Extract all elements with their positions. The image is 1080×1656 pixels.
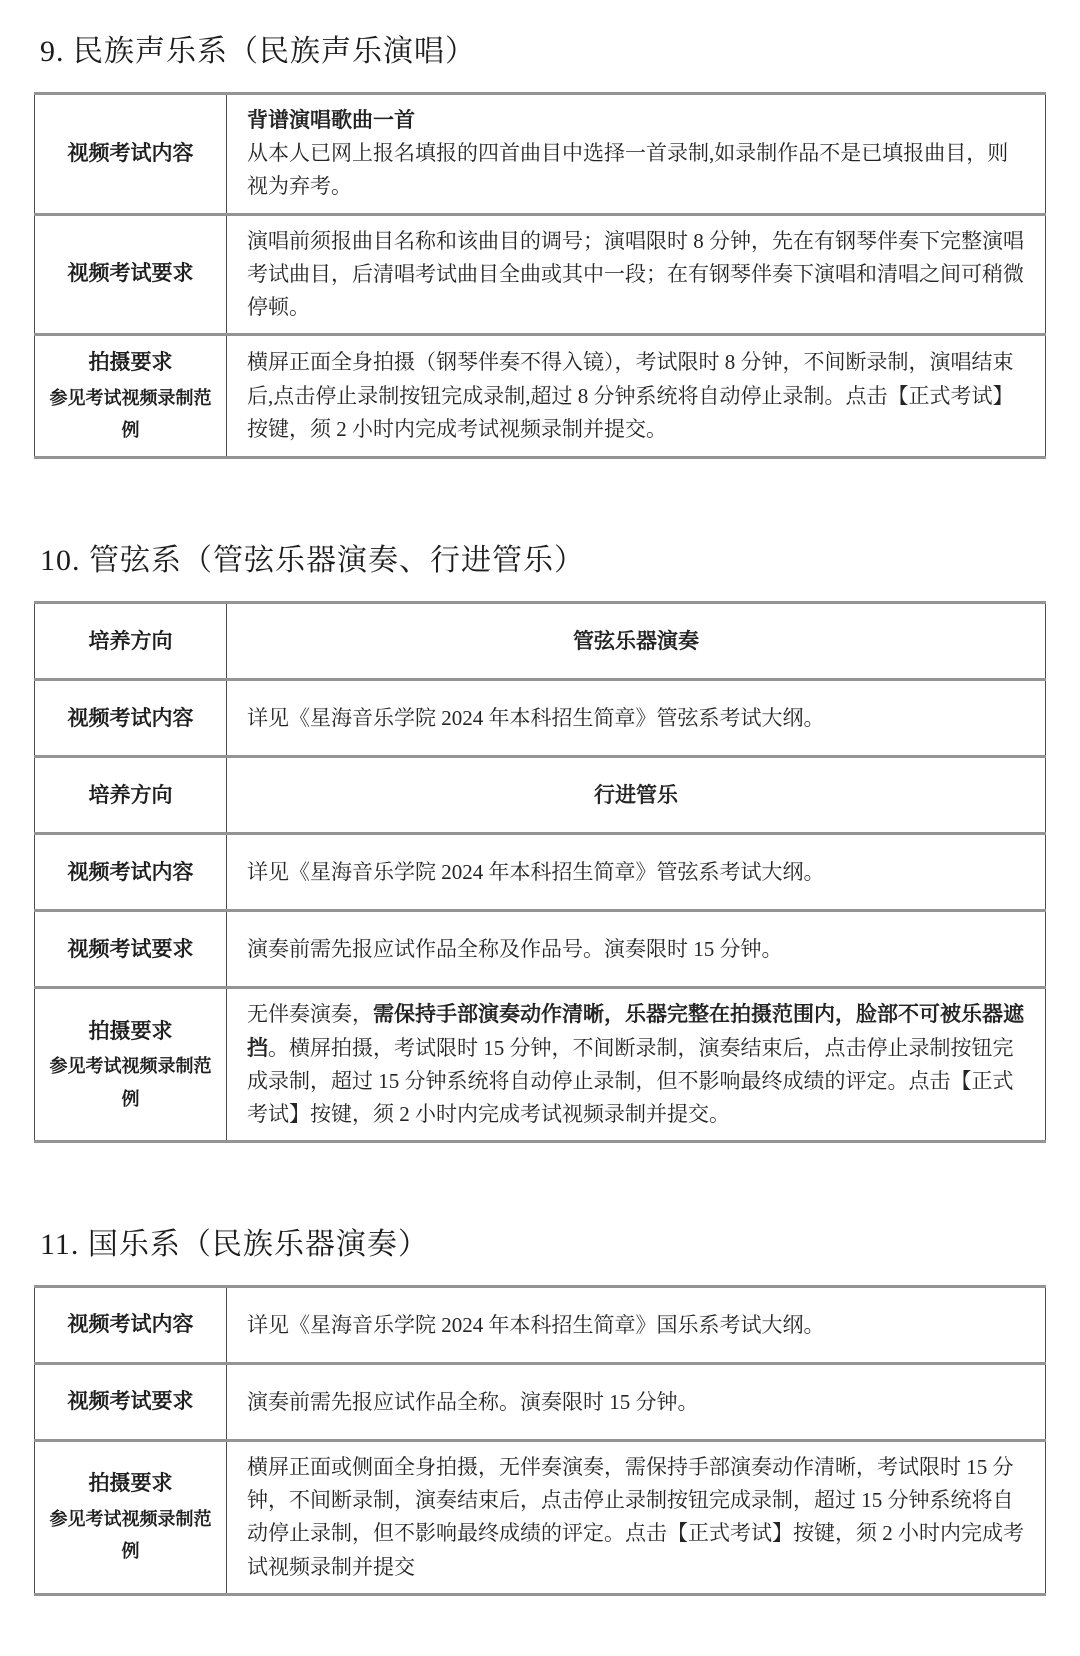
row-sublabel: 参见考试视频录制范例: [45, 1050, 216, 1115]
row-label: 培养方向: [45, 625, 216, 659]
row-content-cell: 横屏正面全身拍摄（钢琴伴奏不得入镜），考试限时 8 分钟，不间断录制，演唱结束后…: [227, 335, 1046, 458]
table-row: 视频考试内容 详见《星海音乐学院 2024 年本科招生简章》管弦系考试大纲。: [35, 834, 1046, 911]
row-label: 视频考试内容: [45, 856, 216, 890]
content-text: 横屏正面全身拍摄（钢琴伴奏不得入镜），考试限时 8 分钟，不间断录制，演唱结束后…: [247, 346, 1029, 446]
row-content-cell: 详见《星海音乐学院 2024 年本科招生简章》国乐系考试大纲。: [227, 1287, 1046, 1364]
row-label: 拍摄要求: [45, 1467, 216, 1501]
row-content-cell: 背谱演唱歌曲一首 从本人已网上报名填报的四首曲目中选择一首录制,如录制作品不是已…: [227, 94, 1046, 215]
row-label: 培养方向: [45, 779, 216, 813]
row-content-cell: 无伴奏演奏，需保持手部演奏动作清晰，乐器完整在拍摄范围内，脸部不可被乐器遮挡。横…: [227, 988, 1046, 1142]
row-label-cell: 视频考试要求: [35, 214, 227, 335]
content-text-segment: 无伴奏演奏，: [247, 1002, 373, 1026]
orchestral-table: 培养方向 管弦乐器演奏 视频考试内容 详见《星海音乐学院 2024 年本科招生简…: [34, 601, 1046, 1143]
row-label-cell: 拍摄要求 参见考试视频录制范例: [35, 335, 227, 458]
row-label-cell: 视频考试内容: [35, 680, 227, 757]
table-row: 视频考试要求 演奏前需先报应试作品全称。演奏限时 15 分钟。: [35, 1364, 1046, 1441]
content-text: 行进管乐: [237, 779, 1035, 812]
row-content-cell: 演唱前须报曲目名称和该曲目的调号；演唱限时 8 分钟，先在有钢琴伴奏下完整演唱考…: [227, 214, 1046, 335]
table-row: 视频考试要求 演奏前需先报应试作品全称及作品号。演奏限时 15 分钟。: [35, 911, 1046, 988]
row-content-cell: 行进管乐: [227, 757, 1046, 834]
content-text-segment: 。横屏拍摄，考试限时 15 分钟，不间断录制，演奏结束后，点击停止录制按钮完成录…: [247, 1036, 1014, 1126]
row-content-cell: 详见《星海音乐学院 2024 年本科招生简章》管弦系考试大纲。: [227, 834, 1046, 911]
table-row: 培养方向 管弦乐器演奏: [35, 603, 1046, 680]
content-text: 详见《星海音乐学院 2024 年本科招生简章》国乐系考试大纲。: [247, 1309, 1029, 1342]
table-row: 视频考试内容 详见《星海音乐学院 2024 年本科招生简章》国乐系考试大纲。: [35, 1287, 1046, 1364]
row-label-cell: 视频考试要求: [35, 1364, 227, 1441]
content-text: 演奏前需先报应试作品全称。演奏限时 15 分钟。: [247, 1386, 1029, 1419]
table-row: 视频考试内容 背谱演唱歌曲一首 从本人已网上报名填报的四首曲目中选择一首录制,如…: [35, 94, 1046, 215]
row-label: 拍摄要求: [45, 346, 216, 380]
row-label: 拍摄要求: [45, 1015, 216, 1049]
row-label-cell: 拍摄要求 参见考试视频录制范例: [35, 988, 227, 1142]
table-row: 视频考试内容 详见《星海音乐学院 2024 年本科招生简章》管弦系考试大纲。: [35, 680, 1046, 757]
section-national-music: 11. 国乐系（民族乐器演奏） 视频考试内容 详见《星海音乐学院 2024 年本…: [34, 1219, 1046, 1596]
section-orchestral: 10. 管弦系（管弦乐器演奏、行进管乐） 培养方向 管弦乐器演奏 视频考试内容: [34, 535, 1046, 1143]
section-folk-vocal: 9. 民族声乐系（民族声乐演唱） 视频考试内容 背谱演唱歌曲一首 从本人已网上报…: [34, 26, 1046, 459]
row-sublabel: 参见考试视频录制范例: [45, 1503, 216, 1568]
row-label-cell: 拍摄要求 参见考试视频录制范例: [35, 1441, 227, 1595]
table-row: 拍摄要求 参见考试视频录制范例 横屏正面或侧面全身拍摄，无伴奏演奏，需保持手部演…: [35, 1441, 1046, 1595]
folk-vocal-table: 视频考试内容 背谱演唱歌曲一首 从本人已网上报名填报的四首曲目中选择一首录制,如…: [34, 92, 1046, 459]
row-content-cell: 详见《星海音乐学院 2024 年本科招生简章》管弦系考试大纲。: [227, 680, 1046, 757]
row-label-cell: 视频考试要求: [35, 911, 227, 988]
row-sublabel: 参见考试视频录制范例: [45, 382, 216, 447]
row-content-cell: 演奏前需先报应试作品全称及作品号。演奏限时 15 分钟。: [227, 911, 1046, 988]
table-row: 视频考试要求 演唱前须报曲目名称和该曲目的调号；演唱限时 8 分钟，先在有钢琴伴…: [35, 214, 1046, 335]
content-text: 详见《星海音乐学院 2024 年本科招生简章》管弦系考试大纲。: [247, 856, 1029, 889]
row-label: 视频考试要求: [45, 933, 216, 967]
section-title: 11. 国乐系（民族乐器演奏）: [40, 1219, 1046, 1263]
content-text: 从本人已网上报名填报的四首曲目中选择一首录制,如录制作品不是已填报曲目，则视为弃…: [247, 137, 1029, 203]
row-label-cell: 培养方向: [35, 757, 227, 834]
row-label: 视频考试内容: [45, 1308, 216, 1342]
table-row: 培养方向 行进管乐: [35, 757, 1046, 834]
row-content-cell: 横屏正面或侧面全身拍摄，无伴奏演奏，需保持手部演奏动作清晰，考试限时 15 分钟…: [227, 1441, 1046, 1595]
table-row: 拍摄要求 参见考试视频录制范例 横屏正面全身拍摄（钢琴伴奏不得入镜），考试限时 …: [35, 335, 1046, 458]
row-content-cell: 管弦乐器演奏: [227, 603, 1046, 680]
row-label: 视频考试要求: [45, 1385, 216, 1419]
content-title-line: 背谱演唱歌曲一首: [247, 104, 1029, 137]
section-title: 9. 民族声乐系（民族声乐演唱）: [40, 26, 1046, 70]
row-label-cell: 视频考试内容: [35, 94, 227, 215]
content-text: 详见《星海音乐学院 2024 年本科招生简章》管弦系考试大纲。: [247, 702, 1029, 735]
content-text: 管弦乐器演奏: [237, 625, 1035, 658]
row-label-cell: 培养方向: [35, 603, 227, 680]
content-text: 演奏前需先报应试作品全称及作品号。演奏限时 15 分钟。: [247, 933, 1029, 966]
row-label: 视频考试内容: [45, 137, 216, 171]
document-page: 9. 民族声乐系（民族声乐演唱） 视频考试内容 背谱演唱歌曲一首 从本人已网上报…: [0, 0, 1080, 1656]
national-music-table: 视频考试内容 详见《星海音乐学院 2024 年本科招生简章》国乐系考试大纲。 视…: [34, 1285, 1046, 1596]
row-label: 视频考试要求: [45, 257, 216, 291]
row-label-cell: 视频考试内容: [35, 834, 227, 911]
row-content-cell: 演奏前需先报应试作品全称。演奏限时 15 分钟。: [227, 1364, 1046, 1441]
section-title: 10. 管弦系（管弦乐器演奏、行进管乐）: [40, 535, 1046, 579]
content-text: 演唱前须报曲目名称和该曲目的调号；演唱限时 8 分钟，先在有钢琴伴奏下完整演唱考…: [247, 225, 1029, 325]
table-row: 拍摄要求 参见考试视频录制范例 无伴奏演奏，需保持手部演奏动作清晰，乐器完整在拍…: [35, 988, 1046, 1142]
row-label: 视频考试内容: [45, 702, 216, 736]
content-text: 横屏正面或侧面全身拍摄，无伴奏演奏，需保持手部演奏动作清晰，考试限时 15 分钟…: [247, 1451, 1029, 1584]
row-label-cell: 视频考试内容: [35, 1287, 227, 1364]
